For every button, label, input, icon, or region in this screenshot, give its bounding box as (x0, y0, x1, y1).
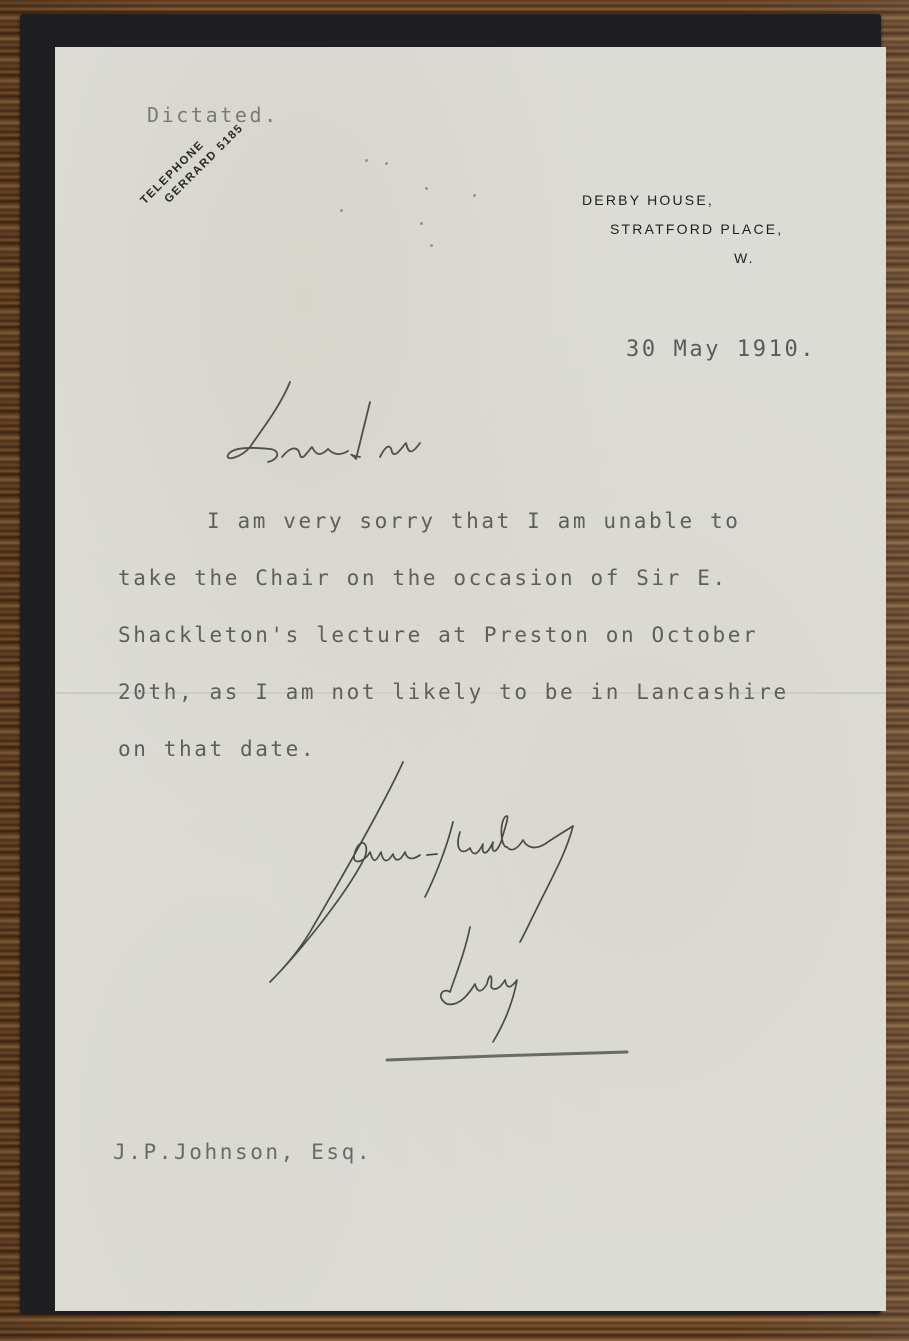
letterhead-line-2: STRATFORD PLACE, (610, 221, 783, 237)
handwritten-salutation-dear-sir (220, 377, 460, 477)
ink-speck (385, 162, 388, 165)
body-line-2: take the Chair on the occasion of Sir E. (118, 566, 728, 590)
ink-speck (420, 222, 423, 225)
letterhead-line-3: W. (734, 250, 755, 266)
body-line-3: Shackleton's lecture at Preston on Octob… (118, 623, 758, 647)
mourning-border-card: Dictated. TELEPHONE GERRARD 5185 DERBY H… (20, 14, 881, 1313)
letter-date: 30 May 1910. (626, 337, 816, 362)
body-line-1: I am very sorry that I am unable to (207, 509, 741, 533)
ink-speck (430, 244, 433, 247)
letter-paper: Dictated. TELEPHONE GERRARD 5185 DERBY H… (55, 47, 886, 1311)
ink-speck (473, 194, 476, 197)
letterhead-line-1: DERBY HOUSE, (582, 192, 714, 208)
recipient-name: J.P.Johnson, Esq. (113, 1140, 372, 1164)
ink-speck (340, 209, 343, 212)
ink-speck (425, 187, 428, 190)
body-line-4: 20th, as I am not likely to be in Lancas… (118, 680, 789, 704)
handwritten-signature-yours-faithfully-derby (255, 752, 695, 1082)
ink-speck (365, 159, 368, 162)
